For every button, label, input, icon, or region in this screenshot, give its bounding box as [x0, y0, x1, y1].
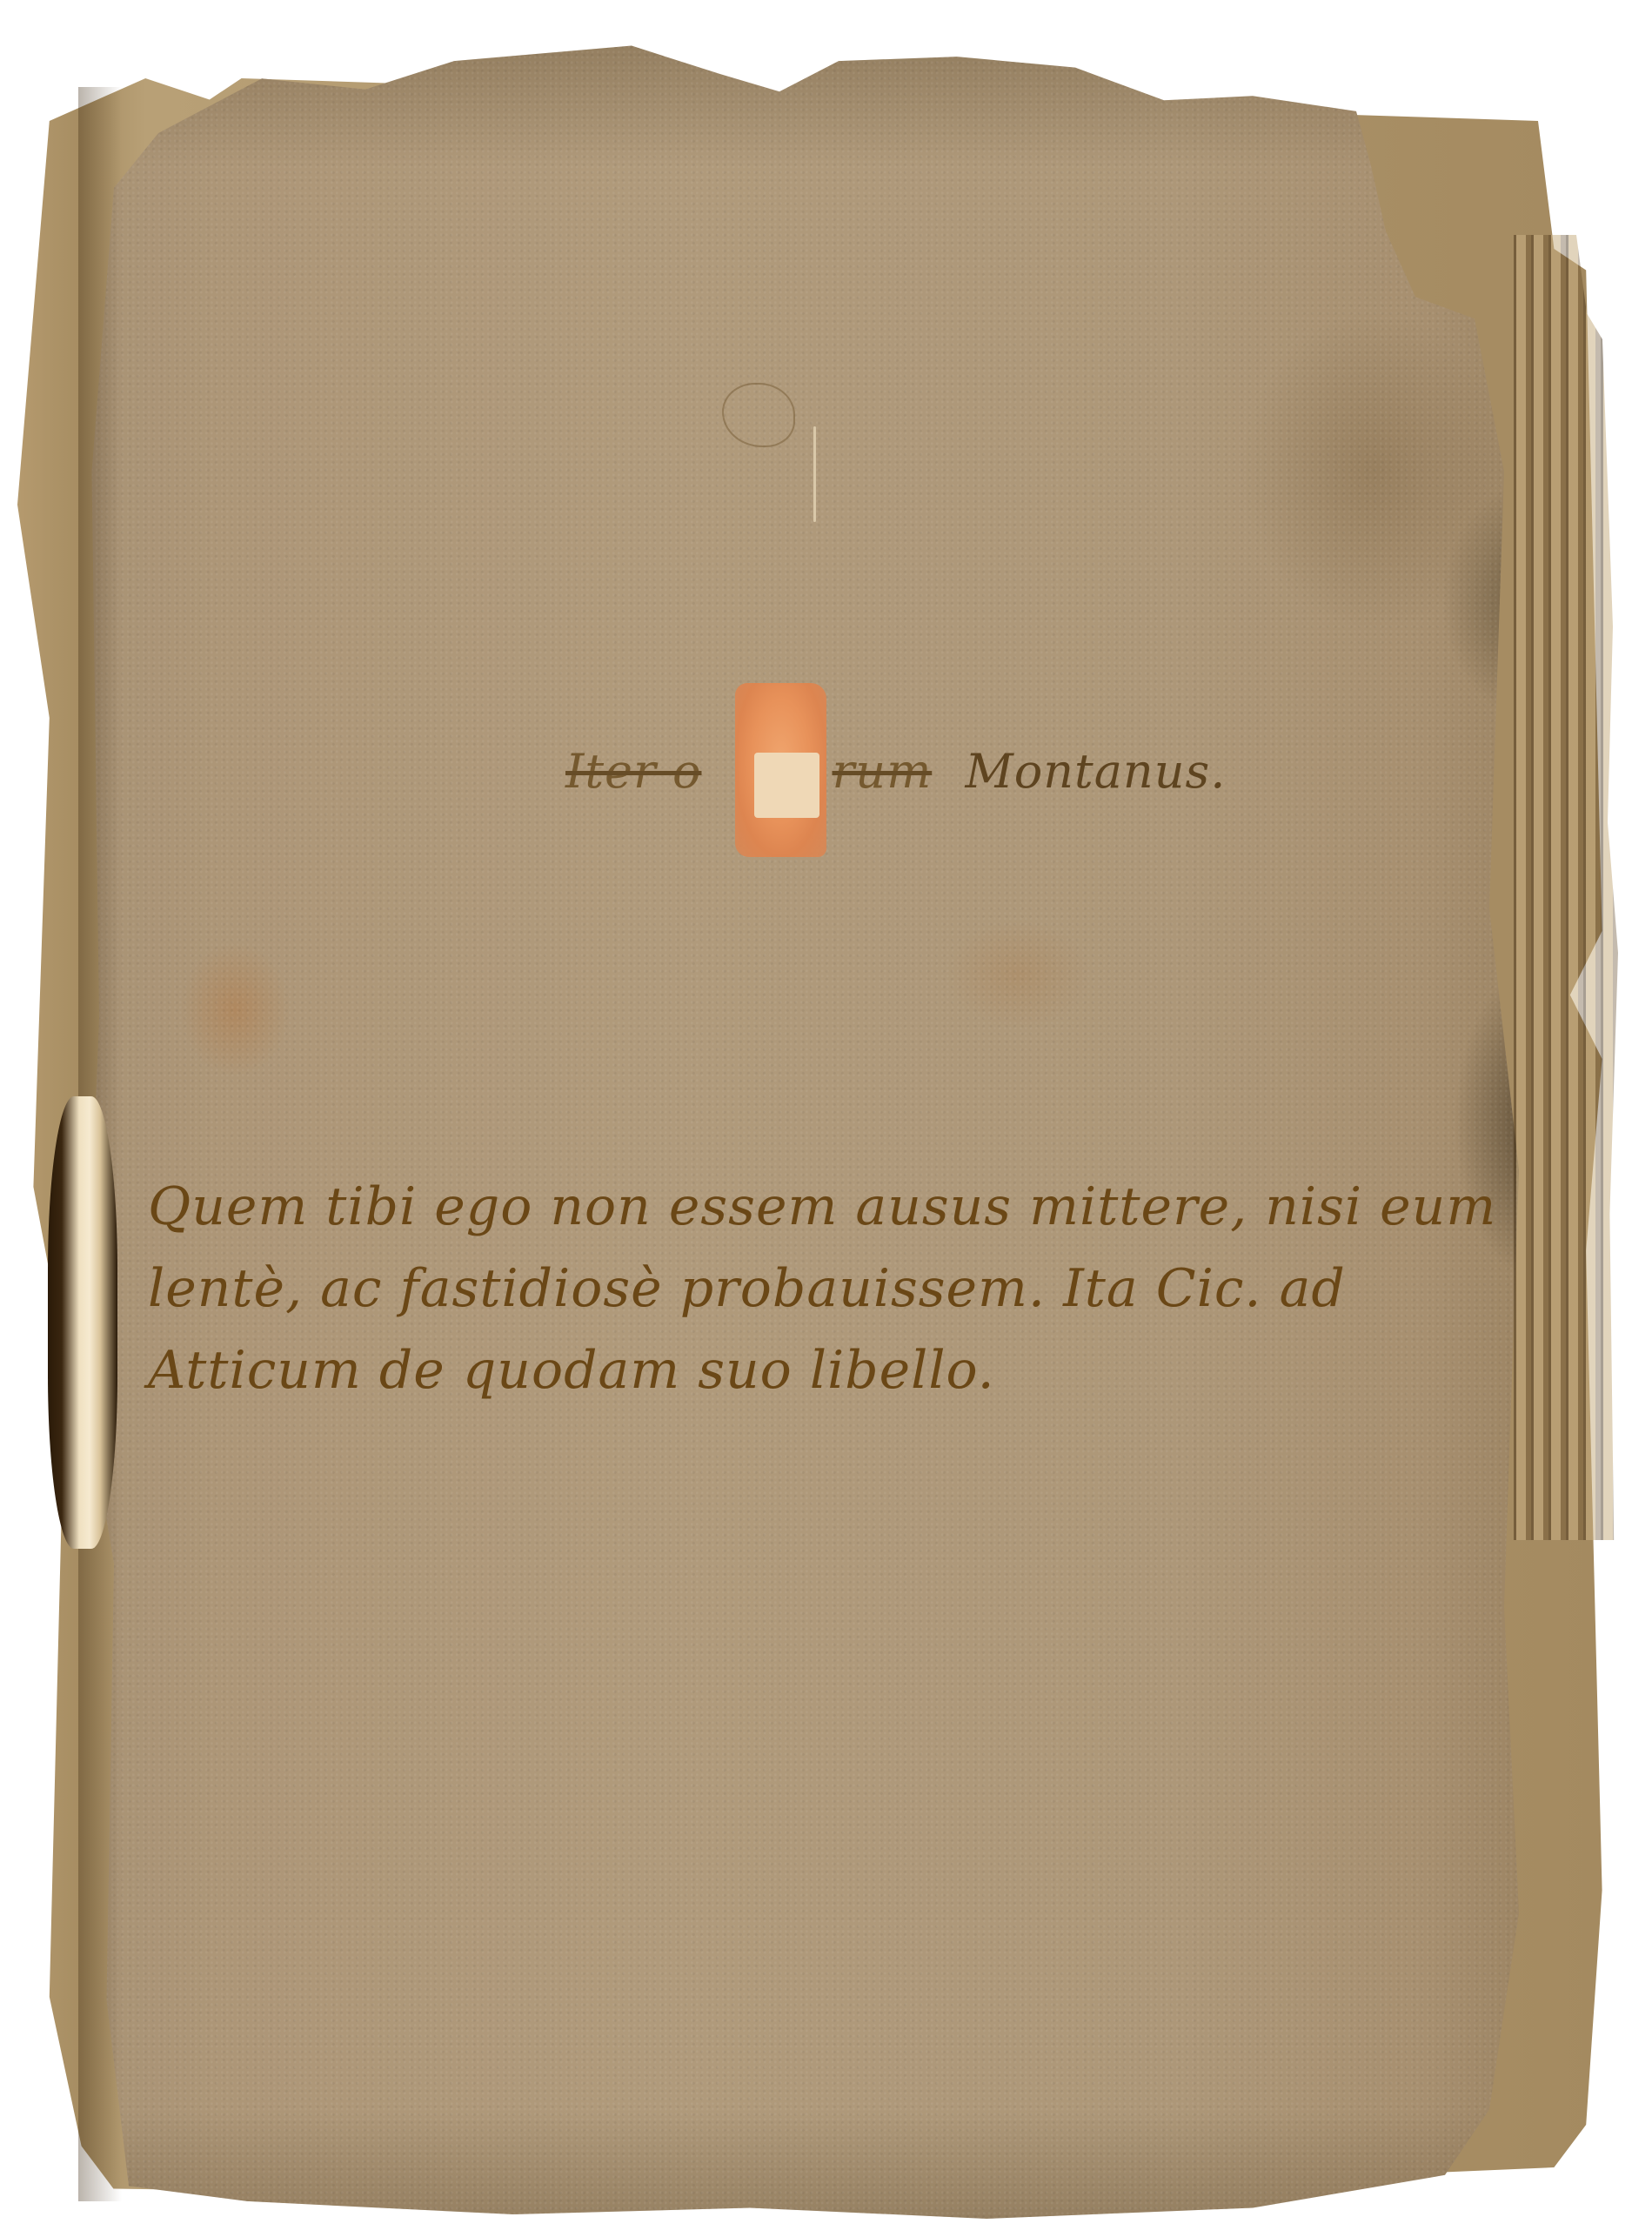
inscription-line-1: Quem tibi ego non essem ausus mittere, n… [148, 1166, 1505, 1248]
spine-tear [48, 1096, 117, 1549]
cover-page [70, 35, 1548, 2219]
inscription-line-3: Atticum de quodam suo libello. [148, 1329, 1505, 1411]
latin-inscription: Quem tibi ego non essem ausus mittere, n… [148, 1166, 1505, 1411]
paper-crease [813, 426, 816, 522]
manuscript-photo: Iter orum Montanus. Quem tibi ego non es… [0, 0, 1652, 2237]
struck-text-2: rum [832, 744, 932, 799]
struck-text: Iter o [565, 744, 701, 799]
frayed-right-edge [1514, 235, 1618, 1540]
title-inscription: Iter orum Montanus. [565, 744, 1226, 799]
inscription-line-2: lentè, ac fastidiosè probauissem. Ita Ci… [148, 1248, 1505, 1329]
author-name: Montanus. [965, 744, 1226, 799]
